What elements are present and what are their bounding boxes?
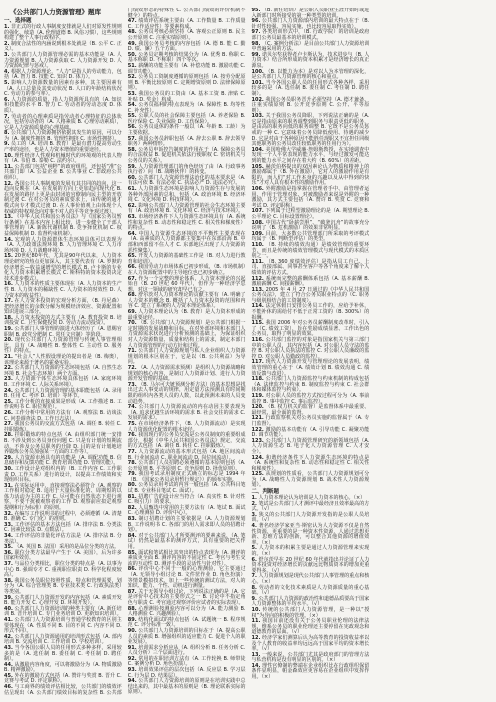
tf-item: 5. 人力资本的积累主要是通过人力资源管理来实现的。（×）: [252, 546, 370, 557]
mcq-item: 16. 人力资本的性质主要体现在（A. 人力资本的生产性 B. 人力资本的稀缺性…: [4, 282, 122, 299]
question-number: 62.: [128, 203, 137, 209]
question-number: 66.: [128, 264, 137, 270]
question-number: 118.: [252, 376, 264, 382]
mcq-item: 64. 中国人力资源生态环境的不平衡性主要表现在（A. 高素质的人力资源都主要集…: [128, 232, 246, 254]
mcq-item: 6. 人力资源的质量，指人力资源所具有的（A. 知识和技能的水平 B. 智力 C…: [4, 98, 122, 115]
question-number: 40.: [4, 606, 13, 612]
question-number: 102.: [252, 97, 264, 103]
question-number: 93.: [128, 667, 137, 673]
question-number: 24.: [4, 388, 13, 394]
mcq-item: 12. 各国公共人事制度的发展有其共同的趋向，这一趋向反映在（A. 在发展的方向…: [4, 182, 122, 216]
mcq-item: 116. 公共部门监控的对象是指国家机关与第三部门中的公职人员，其内容包括（A.…: [252, 338, 370, 360]
question-number: 17.: [4, 298, 13, 304]
question-number: 85.: [128, 550, 137, 556]
mcq-item: 3. 公共部门人力资源管理必需的基本功能是（A. 人力资源规划 B. 人力资源获…: [4, 53, 122, 70]
tf-item: 11. 我国目前还没有关于公务员职业伦理的法律法规，维系公务员的职业伦理还主要停…: [252, 619, 370, 636]
question-number: 5.: [4, 80, 9, 86]
question-number: 34.: [4, 533, 13, 539]
mcq-item: 114. 法定休假日安排公务员工作的，应给予补休，不能补休的需给付不低于正常工资…: [252, 304, 370, 321]
question-number: 89.: [128, 617, 137, 623]
question-number: 108.: [252, 220, 264, 226]
question-number: 16.: [4, 281, 13, 287]
question-number: 75.: [128, 421, 137, 427]
question-number: 101.: [252, 80, 264, 86]
question-number: 8.: [252, 585, 257, 591]
mcq-item: 23. 人力资源个体生态环境具体包括（A. 家庭环境 B. 工作环境 C. 人际…: [4, 377, 122, 388]
question-number: 49.: [128, 41, 137, 47]
question-number: 39.: [4, 595, 13, 601]
mcq-item: 115. 我国 2006 年对公务员薪酬制度改革时，引入了（C. 绩效工资），旨…: [252, 321, 370, 338]
question-number: 64.: [128, 231, 137, 237]
question-number: 21.: [4, 354, 13, 360]
question-number: 3.: [252, 512, 257, 518]
mcq-item: 84. 对于公共部门人才所要测评的要素来说，（A. 笔试）仍然是最基本的测评方式…: [128, 534, 246, 551]
mcq-item: 90. 公共部门人力资源培训的目标在于（A. 提高公职人员的素质 B. 增强组织…: [128, 629, 246, 646]
mcq-item: 121. 行政监察机关对公务员实施的监督属于（A. 专门监督）。: [252, 416, 370, 427]
question-number: 74.: [128, 404, 137, 410]
question-number: 109.: [252, 231, 264, 237]
tf-item: 12. 经济学家们测算后认为高等教育的投资收益率以及个人教育的收益率均远远高于国…: [252, 636, 370, 653]
mcq-item: 17. 在人力资本投资的宏观分析方面，（B. 丹尼森）把经济增长的余数分解为规模…: [4, 299, 122, 316]
mcq-item: 14. 宏观的人力资源群体生态环境具体可以表现为（A. 人力政策法规环境 B. …: [4, 238, 122, 255]
document-page: 《公共部门人力资源管理》题库 一、选择题 1. 非正式的行政人事制度安排就是人们…: [0, 0, 496, 702]
mcq-item: 74. 公共部门人力资源流动的内在动因主要表现为（A. 追求优越生活环境的需求 …: [128, 405, 246, 422]
mcq-item: 61. 人力资源生态环境是影响人力资源生存与发展的各种外部因素的总和，包括（A.…: [128, 187, 246, 204]
mcq-item: 104. 美国哈佛大学威廉·詹姆斯教授，在实地调查中发现一个人平常表现的能力水平…: [252, 148, 370, 165]
mcq-item: 58. 公务员申诉控告制度的作用在于（A. 保障公务员的合法权益 B. 促进机关…: [128, 148, 246, 165]
question-number: 13.: [4, 214, 13, 220]
question-number: 98.: [252, 41, 261, 47]
question-number: 25.: [4, 399, 13, 405]
question-number: 79.: [128, 471, 137, 477]
mcq-item: 72. （A. 人力资源需求预测）是组织人力资源战略和规划的核心内容，是制订人力…: [128, 366, 246, 383]
tf-item: 7. 人力资源规划是现代公共部门人事管理的重点和核心。（×）: [252, 574, 370, 585]
question-number: 52.: [128, 74, 137, 80]
mcq-item: 38. 我国公务员职位按照性质、特点和管理需要，划分为（A. 综合管理类 B. …: [4, 579, 122, 596]
question-number: 68.: [128, 292, 137, 298]
question-number: 120.: [252, 404, 264, 410]
question-number: 104.: [252, 147, 264, 153]
question-number: 123.: [252, 438, 264, 444]
question-number: 103.: [252, 113, 264, 119]
mcq-item: 7. 劳动者的心理素质是指劳动者心理特征的总体状况，包括劳动者的（A. 人格素质…: [4, 115, 122, 132]
mcq-item: 124. 和谐经济条件下人力资源生态环境的特点是（A. 系统性和复杂性 B. 动…: [252, 456, 370, 473]
question-number: 70.: [128, 320, 137, 326]
question-number: 113.: [252, 287, 264, 293]
mcq-item: 107. 下列属于过程型激励理论的是（A. 期望理论 B. 公平理论 C. 目标…: [252, 209, 370, 220]
mcq-item: 41. 公共部门人力资源培训与普通学校教育的区别主要体现在（A. 性质不同 B.…: [4, 618, 122, 635]
mcq-item: 101. 当今各国公职人员的任用形式各种各样，采用较多的是（A. 选任制 B. …: [252, 81, 370, 98]
question-number: 57.: [128, 136, 137, 142]
mcq-item: 73. （B. 马尔可夫链预测分析方法）的基本思想是找出过去人事变动的规律，用定…: [128, 383, 246, 405]
tf-item: 6. 舒尔茨早在 20 世纪 60 年代就指出并论证了人力资本投资对经济增长的贡…: [252, 558, 370, 575]
mcq-item: 66. 我国劳动力市场体系已初步形成，（B. 市场机制）在人力资源配置中的主导地…: [128, 265, 246, 276]
question-number: 37.: [4, 561, 13, 567]
mcq-item: 11. 公共部门包括“纯粹”的政府组织，还包括“准”公共部门即（A. 公益企业 …: [4, 165, 122, 182]
question-number: 100.: [252, 69, 264, 75]
question-number: 107.: [252, 208, 264, 214]
mcq-item: 112. 系统而完整的薪酬体系包括（A. 基本薪酬 B. 激励薪酬 C. 间接薪…: [252, 277, 370, 288]
mcq-item: 94. 公共部门人力资源培训的原则是在培训实践中总结出来的，其中最基本的原则是（…: [128, 679, 246, 696]
question-number: 115.: [252, 320, 264, 326]
question-number: 9.: [252, 596, 257, 602]
mcq-item: 70. （B. 公共部门人力资源规划）是公共部门根据一定时期的发展战略和目标，在…: [128, 321, 246, 349]
question-number: 36.: [4, 550, 13, 556]
question-number: 65.: [128, 253, 137, 259]
question-number: 7.: [4, 114, 9, 120]
mcq-item: 30. 工作设计是对组织内的（B. 工作内容 C. 工作职责 D. 工作关系）进…: [4, 467, 122, 484]
question-number: 88.: [128, 606, 137, 612]
question-number: 106.: [252, 186, 264, 192]
question-number: 19.: [4, 326, 13, 332]
mcq-item: 56. 公务员退休的条件一般以（A. 年龄 B. 工龄）为主要依据。: [128, 125, 246, 136]
question-number: 22.: [4, 365, 13, 371]
question-number: 18.: [4, 315, 13, 321]
question-number: 6.: [4, 97, 9, 103]
question-number: 77.: [128, 449, 137, 455]
question-number: 27.: [4, 421, 13, 427]
mcq-item: 1. 非正式的行政人事制度安排就是人们对原发性规则的强化、续造（A. 伦理道德 …: [4, 25, 122, 42]
tf-item: 14. 理性官僚制的弊端在企业组织比在行政组织保留条件显明显，帕金森效应更容易在…: [252, 664, 370, 681]
question-number: 83.: [128, 516, 137, 522]
question-number: 26.: [4, 410, 13, 416]
mcq-item: 83. 制订招聘计划的主要依据是（A. 人力资源规划 B. 工作说明书 C. 各…: [128, 517, 246, 534]
mcq-item: 97. 各类培训形式中，（B. 行政学院）的培训是政府部门公务员最基本的培训模式…: [252, 30, 370, 41]
question-number: 55.: [128, 113, 137, 119]
question-number: 8.: [4, 130, 9, 136]
question-number: 112.: [252, 276, 264, 282]
question-number: 59.: [128, 164, 137, 170]
mcq-item: 5. 影响人力资源数量的因素有多种，其主要因素有（A. 人口总量及其变动状况 B…: [4, 81, 122, 98]
question-number: 7.: [252, 573, 257, 579]
question-number: 105.: [252, 164, 264, 170]
mcq-item: 67. 作为一个完整的理论体系，人力资本理论的兴起始自（B. 20 世纪 60 …: [128, 277, 246, 294]
document-flow: 《公共部门人力资源管理》题库 一、选择题 1. 非正式的行政人事制度安排就是人们…: [4, 8, 493, 698]
mcq-item: 117. 现代人力资源开发与管理理论的发展表明，绩效管理的重心在于（A. 绩效计…: [252, 360, 370, 377]
question-number: 119.: [252, 393, 264, 399]
question-number: 23.: [4, 376, 13, 382]
question-number: 78.: [128, 460, 137, 466]
question-number: 81.: [128, 494, 137, 500]
document-title: 《公共部门人力资源管理》题库: [10, 8, 122, 16]
question-number: 20.: [4, 337, 13, 343]
mcq-item: 15. 20世纪80年代，尤其是90年代以来，人力资本理论研究的热点更加深入，其…: [4, 254, 122, 282]
question-number: 42.: [4, 634, 13, 640]
mcq-item: 76. 我国现行的公务员交流是公务员制度的重要组成部分，根据《中华人民共和国公务…: [128, 433, 246, 450]
mcq-item: 125. 从规划的性质看，公共部门人力资源规划可分为（A. 战略性人力资源规划 …: [252, 472, 370, 489]
mcq-item: 105. 赫茨伯格提出的双因素论认为物质和精神上的激励都属于（B. 外在激励），…: [252, 165, 370, 187]
question-number: 94.: [128, 678, 137, 684]
mcq-item: 87. 关于无领导小组讨论，下列说法正确的是（A. 它是评价中心技术的主要形式之…: [128, 590, 246, 607]
mcq-item: 118. 公共部门人力资源监控与约束机制的构成包括（A. 法律监控与约束 B. …: [252, 377, 370, 394]
question-number: 76.: [128, 432, 137, 438]
question-number: 82.: [128, 505, 137, 511]
question-number: 9.: [4, 141, 9, 147]
question-number: 32.: [4, 511, 13, 517]
question-number: 117.: [252, 359, 264, 365]
question-number: 31.: [4, 483, 13, 489]
question-number: 14.: [4, 237, 13, 243]
question-number: 72.: [128, 365, 137, 371]
mcq-item: 103. 关于我国公务员降职，下列说法正确的是（A. 它是指由原来的职务调整到职…: [252, 114, 370, 148]
question-number: 63.: [128, 214, 137, 220]
mcq-item: 106. 外附激励是指掌握在管理者手中、由管理者运用、作用于管理对象、对被激励者…: [252, 187, 370, 209]
question-number: 67.: [128, 276, 137, 282]
question-number: 51.: [128, 63, 137, 69]
question-number: 44.: [4, 662, 13, 668]
question-number: 6.: [252, 557, 257, 563]
question-number: 95.: [252, 8, 261, 13]
question-number: 84.: [128, 533, 137, 539]
tf-item: 4. 著名经济学家亚当·斯密认为人力资源不仅是自然性资源，更重要的是一种资本性资…: [252, 524, 370, 546]
tf-list: 1. 人力资本理论认为培训是人力资本的核心。（×）2. 笔试是公共部门人才测评中…: [252, 496, 370, 681]
question-number: 110.: [252, 242, 264, 248]
question-number: 10.: [252, 607, 261, 613]
mcq-item: 123. 公共部门人力资源管理研究的新领域包括（A. 人力资源生态 B. 电子化…: [252, 439, 370, 456]
mcq-item: 85. 面试和笔试相比其突出的特点表现为（A. 测评的素质更全面 B. 测评内容…: [128, 551, 246, 568]
question-number: 125.: [252, 471, 264, 477]
question-number: 97.: [252, 29, 261, 35]
question-number: 28.: [4, 432, 13, 438]
question-number: 43.: [4, 645, 13, 651]
mcq-item: 99. 诺贝尔奖获得者卢卡斯认为，技术进步与（B. 人力资本）结合所形成的资本积…: [252, 53, 370, 70]
question-number: 114.: [252, 303, 264, 309]
question-number: 14.: [252, 663, 261, 669]
question-number: 46.: [4, 684, 13, 690]
mcq-item: 31. 在实际运用中，直接观察法必须符合（A. 观察的工作相对稳定 B. 适用于…: [4, 484, 122, 512]
question-number: 2.: [4, 41, 9, 47]
question-number: 58.: [128, 147, 137, 153]
question-number: 4.: [4, 69, 9, 75]
question-number: 69.: [128, 309, 137, 315]
question-number: 53.: [128, 91, 137, 97]
question-number: 1.: [4, 24, 9, 30]
question-number: 99.: [252, 52, 261, 58]
question-number: 5.: [252, 545, 257, 551]
question-number: 111.: [252, 259, 264, 265]
question-number: 33.: [4, 522, 13, 528]
question-number: 122.: [252, 427, 264, 433]
question-number: 56.: [128, 124, 137, 130]
mcq-item: 63. 市场经济条件下人力资源生态环境具有（A. 系统性和复杂性 B. 动态性和…: [128, 215, 246, 232]
mcq-item: 80. 公务员录用考试的内容一般包括（A. 公共科目笔试 B. 专业科目笔试 C…: [128, 483, 246, 494]
question-number: 50.: [128, 52, 137, 58]
mcq-item: 102. 我国公务员职务晋升必须坚持（A. 德才兼备、注重实绩原则 B. 公开竞…: [252, 98, 370, 115]
mcq-item: 110. （B. 持续的绩效沟通）是绩效管理的重要环节，而且是传统的绩效管理模式…: [252, 243, 370, 260]
question-number: 13.: [252, 652, 261, 658]
question-number: 87.: [128, 589, 137, 595]
question-number: 96.: [252, 18, 261, 24]
question-number: 71.: [128, 348, 137, 354]
question-number: 4.: [252, 523, 257, 529]
mcq-item: 111. （B. 360 度绩效评估）是指从员工自己、上司、直接部属、同事甚至客…: [252, 260, 370, 277]
question-number: 73.: [128, 382, 137, 388]
question-number: 47.: [128, 18, 137, 24]
mcq-item: 71. 公共部门人力资源规划与私人企业组织人力资源规划的根本区别在于，它是以（B…: [128, 349, 246, 366]
question-number: 12.: [252, 635, 261, 641]
question-number: 15.: [4, 253, 13, 259]
mcq-item: 37. 与品位分类相比，职位分类的特点是（A. 以事为中心 B. 强调专才 C.…: [4, 562, 122, 579]
question-number: 30.: [4, 466, 13, 472]
question-number: 12.: [4, 181, 13, 187]
mcq-item: 48. 公务员考核必须坚持（A. 客观公正原则 B. 民主公开原则 C. 注重实…: [128, 30, 246, 41]
mcq-item: 9. 员工的（A. 培训 B. 教育）是最有潜力提高劳动生产率的途径，也是人力资…: [4, 142, 122, 153]
mcq-item: 52. 公务员工资制度遵循的原则包括（A. 按劳分配原则 B. 平衡比较原则 C…: [128, 75, 246, 92]
question-number: 80.: [128, 482, 137, 488]
question-number: 61.: [128, 186, 137, 192]
question-number: 91.: [128, 645, 137, 651]
question-number: 41.: [4, 617, 13, 623]
question-number: 60.: [128, 175, 137, 181]
question-number: 3.: [4, 52, 9, 58]
question-number: 86.: [128, 566, 137, 572]
question-number: 48.: [128, 29, 137, 35]
question-number: 116.: [252, 337, 264, 343]
mcq-item: 20. 现代公共部门人力资源管理与传统人事管理相比，具有（A. 战略性 B. 整…: [4, 338, 122, 355]
question-number: 38.: [4, 578, 13, 584]
mcq-item: 13. 《中华人民共和国公务员法》与《国家公务员暂行条例》在基本内容上相比较，进…: [4, 215, 122, 237]
question-number: 10.: [4, 153, 13, 159]
question-number: 121.: [252, 415, 264, 421]
mcq-item: 113. 2005 年 4 月 27 日通过的《中华人民共和国公务员法》，建立了…: [252, 288, 370, 305]
question-number: 29.: [4, 455, 13, 461]
mcq-item: 86. 评价中心不同于一般的心理测验，它主要通过（A. 无领导小组讨论 B. 文…: [128, 567, 246, 589]
question-number: 92.: [128, 656, 137, 662]
mcq-item: 68. 舒尔茨对人力资本理论的贡献主要有（A. 明确了人力资本的概念 B. 概括…: [128, 293, 246, 310]
question-number: 2.: [252, 501, 257, 507]
question-number: 11.: [252, 618, 261, 624]
mcq-item: 28. 挂职锻炼的特点包括（A. 由组织部门统一安排 B. 不涉及到公务员身份问…: [4, 433, 122, 455]
mcq-item: 43. 当今各国公职人员的任用形式多种多样，采用较多的是（A. 选任制 B. 委…: [4, 646, 122, 663]
question-number: 11.: [4, 164, 13, 170]
question-number: 90.: [128, 628, 137, 634]
question-number: 124.: [252, 455, 264, 461]
question-number: 54.: [128, 102, 137, 108]
question-number: 45.: [4, 673, 13, 679]
